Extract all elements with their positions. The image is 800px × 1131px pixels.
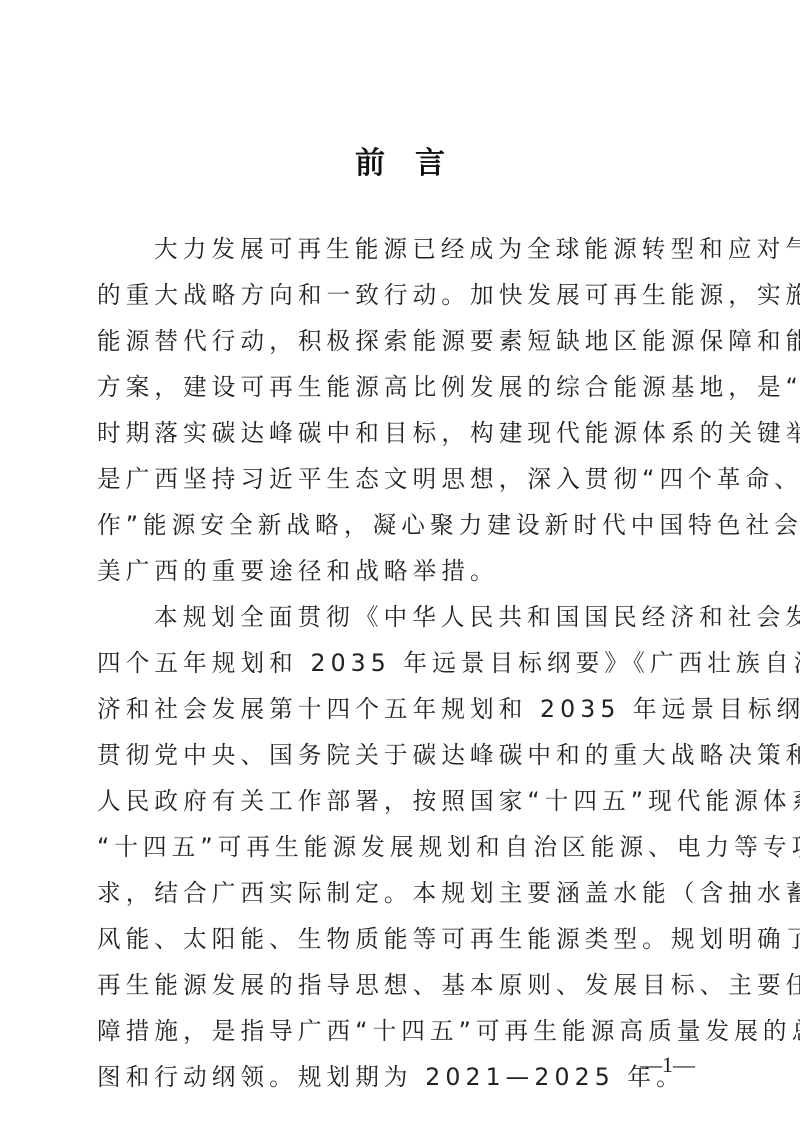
text-line: 时期落实碳达峰碳中和目标，构建现代能源体系的关键举措，也: [97, 410, 703, 456]
text-line: 是广西坚持习近平生态文明思想，深入贯彻“四个革命、一个合: [97, 456, 703, 502]
text-line: 美广西的重要途径和战略举措。: [97, 548, 703, 594]
text-line: “十四五”可再生能源发展规划和自治区能源、电力等专项规划要: [97, 824, 703, 870]
text-line: 大力发展可再生能源已经成为全球能源转型和应对气候变化: [97, 226, 703, 272]
text-line: 再生能源发展的指导思想、基本原则、发展目标、主要任务和保: [97, 962, 703, 1008]
text-line: 障措施，是指导广西“十四五”可再生能源高质量发展的总体蓝: [97, 1008, 703, 1054]
page-title: 前言: [0, 138, 800, 182]
page-number: —1—: [640, 1052, 695, 1078]
text-line: 图和行动纲领。规划期为 2021—2025 年。: [97, 1054, 703, 1100]
text-line: 能源替代行动，积极探索能源要素短缺地区能源保障和能源转型: [97, 318, 703, 364]
text-line: 的重大战略方向和一致行动。加快发展可再生能源，实施可再生: [97, 272, 703, 318]
text-line: 求，结合广西实际制定。本规划主要涵盖水能（含抽水蓄能）、: [97, 870, 703, 916]
text-line: 济和社会发展第十四个五年规划和 2035 年远景目标纲要》，深入: [97, 686, 703, 732]
document-page: 前言 大力发展可再生能源已经成为全球能源转型和应对气候变化 的重大战略方向和一致…: [0, 0, 800, 1131]
text-line: 作”能源安全新战略，凝心聚力建设新时代中国特色社会主义壮: [97, 502, 703, 548]
text-line: 四个五年规划和 2035 年远景目标纲要》《广西壮族自治区国民经: [97, 640, 703, 686]
text-line: 方案，建设可再生能源高比例发展的综合能源基地，是“十四五”: [97, 364, 703, 410]
text-line: 本规划全面贯彻《中华人民共和国国民经济和社会发展第十: [97, 594, 703, 640]
paragraph-2: 本规划全面贯彻《中华人民共和国国民经济和社会发展第十 四个五年规划和 2035 …: [97, 594, 703, 1100]
text-line: 人民政府有关工作部署，按照国家“十四五”现代能源体系规划、: [97, 778, 703, 824]
paragraph-1: 大力发展可再生能源已经成为全球能源转型和应对气候变化 的重大战略方向和一致行动。…: [97, 226, 703, 594]
body-text: 大力发展可再生能源已经成为全球能源转型和应对气候变化 的重大战略方向和一致行动。…: [97, 226, 703, 1100]
text-line: 风能、太阳能、生物质能等可再生能源类型。规划明确了广西可: [97, 916, 703, 962]
text-line: 贯彻党中央、国务院关于碳达峰碳中和的重大战略决策和自治区: [97, 732, 703, 778]
